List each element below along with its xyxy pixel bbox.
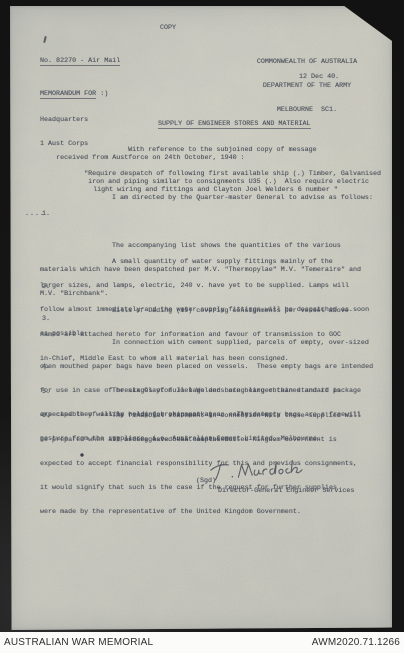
paragraph-number: 3.: [42, 315, 50, 323]
document-date: 12 Dec 40.: [299, 73, 339, 81]
footer-accession: AWM2020.71.1266: [312, 637, 400, 648]
paragraph-number: 1.: [42, 210, 50, 218]
paragraph-line: Bills of Lading (19) covering consignmen…: [25, 307, 387, 315]
letterhead-line: MELBOURNE SC1.: [207, 106, 404, 114]
letterhead-line: DEPARTMENT OF THE ARMY: [207, 82, 404, 90]
footer-institution: AUSTRALIAN WAR MEMORIAL: [4, 637, 153, 648]
footer-bar: AUSTRALIAN WAR MEMORIAL AWM2020.71.1266: [0, 632, 404, 653]
paragraph-line: A small quantity of water supply fitting…: [25, 258, 387, 266]
paragraph-number: 4.: [42, 363, 50, 371]
quote-line: light wiring and fittings and Clayton Jo…: [84, 186, 338, 194]
paragraph-6: 6. It is suggested that as the United Ki…: [25, 412, 387, 532]
memo-heading: MEMORANDUM FOR :): [40, 90, 108, 98]
letterhead: COMMONWEALTH OF AUSTRALIA DEPARTMENT OF …: [207, 42, 404, 130]
copy-stamp: COPY: [160, 24, 176, 32]
letterhead-line: COMMONWEALTH OF AUSTRALIA: [207, 58, 404, 66]
paragraph-line: In connection with cement supplied, parc…: [25, 339, 387, 347]
intro-line: received from Austforce on 24th October,…: [56, 154, 245, 162]
quote-line: "Require despatch of following first ava…: [84, 170, 381, 178]
paragraph-line: It is suggested that as the United Kingd…: [25, 436, 387, 444]
quote-line: iron and piping similar to consignments …: [84, 178, 369, 186]
paragraph-number: 2.: [42, 283, 50, 291]
paragraph-number: 6.: [42, 412, 50, 420]
intro-line: With reference to the subjoined copy of …: [56, 146, 317, 154]
paragraph-number: 5.: [42, 388, 50, 396]
archive-scan-page: { "colors": { "backdrop": "#161616", "pa…: [0, 0, 404, 653]
scanned-document-paper: COPY COMMONWEALTH OF AUSTRALIA DEPARTMEN…: [10, 6, 392, 630]
paragraph-line: expected to accept financial responsibil…: [25, 460, 387, 468]
addressee-line: Headquarters: [40, 116, 88, 124]
paragraph-line: were made by the representative of the U…: [25, 508, 387, 516]
signatory-role: Director-General Engineer Services: [218, 487, 354, 495]
document-title: SUPPLY OF ENGINEER STORES AND MATERIAL: [158, 120, 311, 128]
directive-line: I am directed by the Quarter-master Gene…: [112, 194, 373, 202]
reference-number: No. 82270 - Air Mail: [40, 57, 120, 65]
